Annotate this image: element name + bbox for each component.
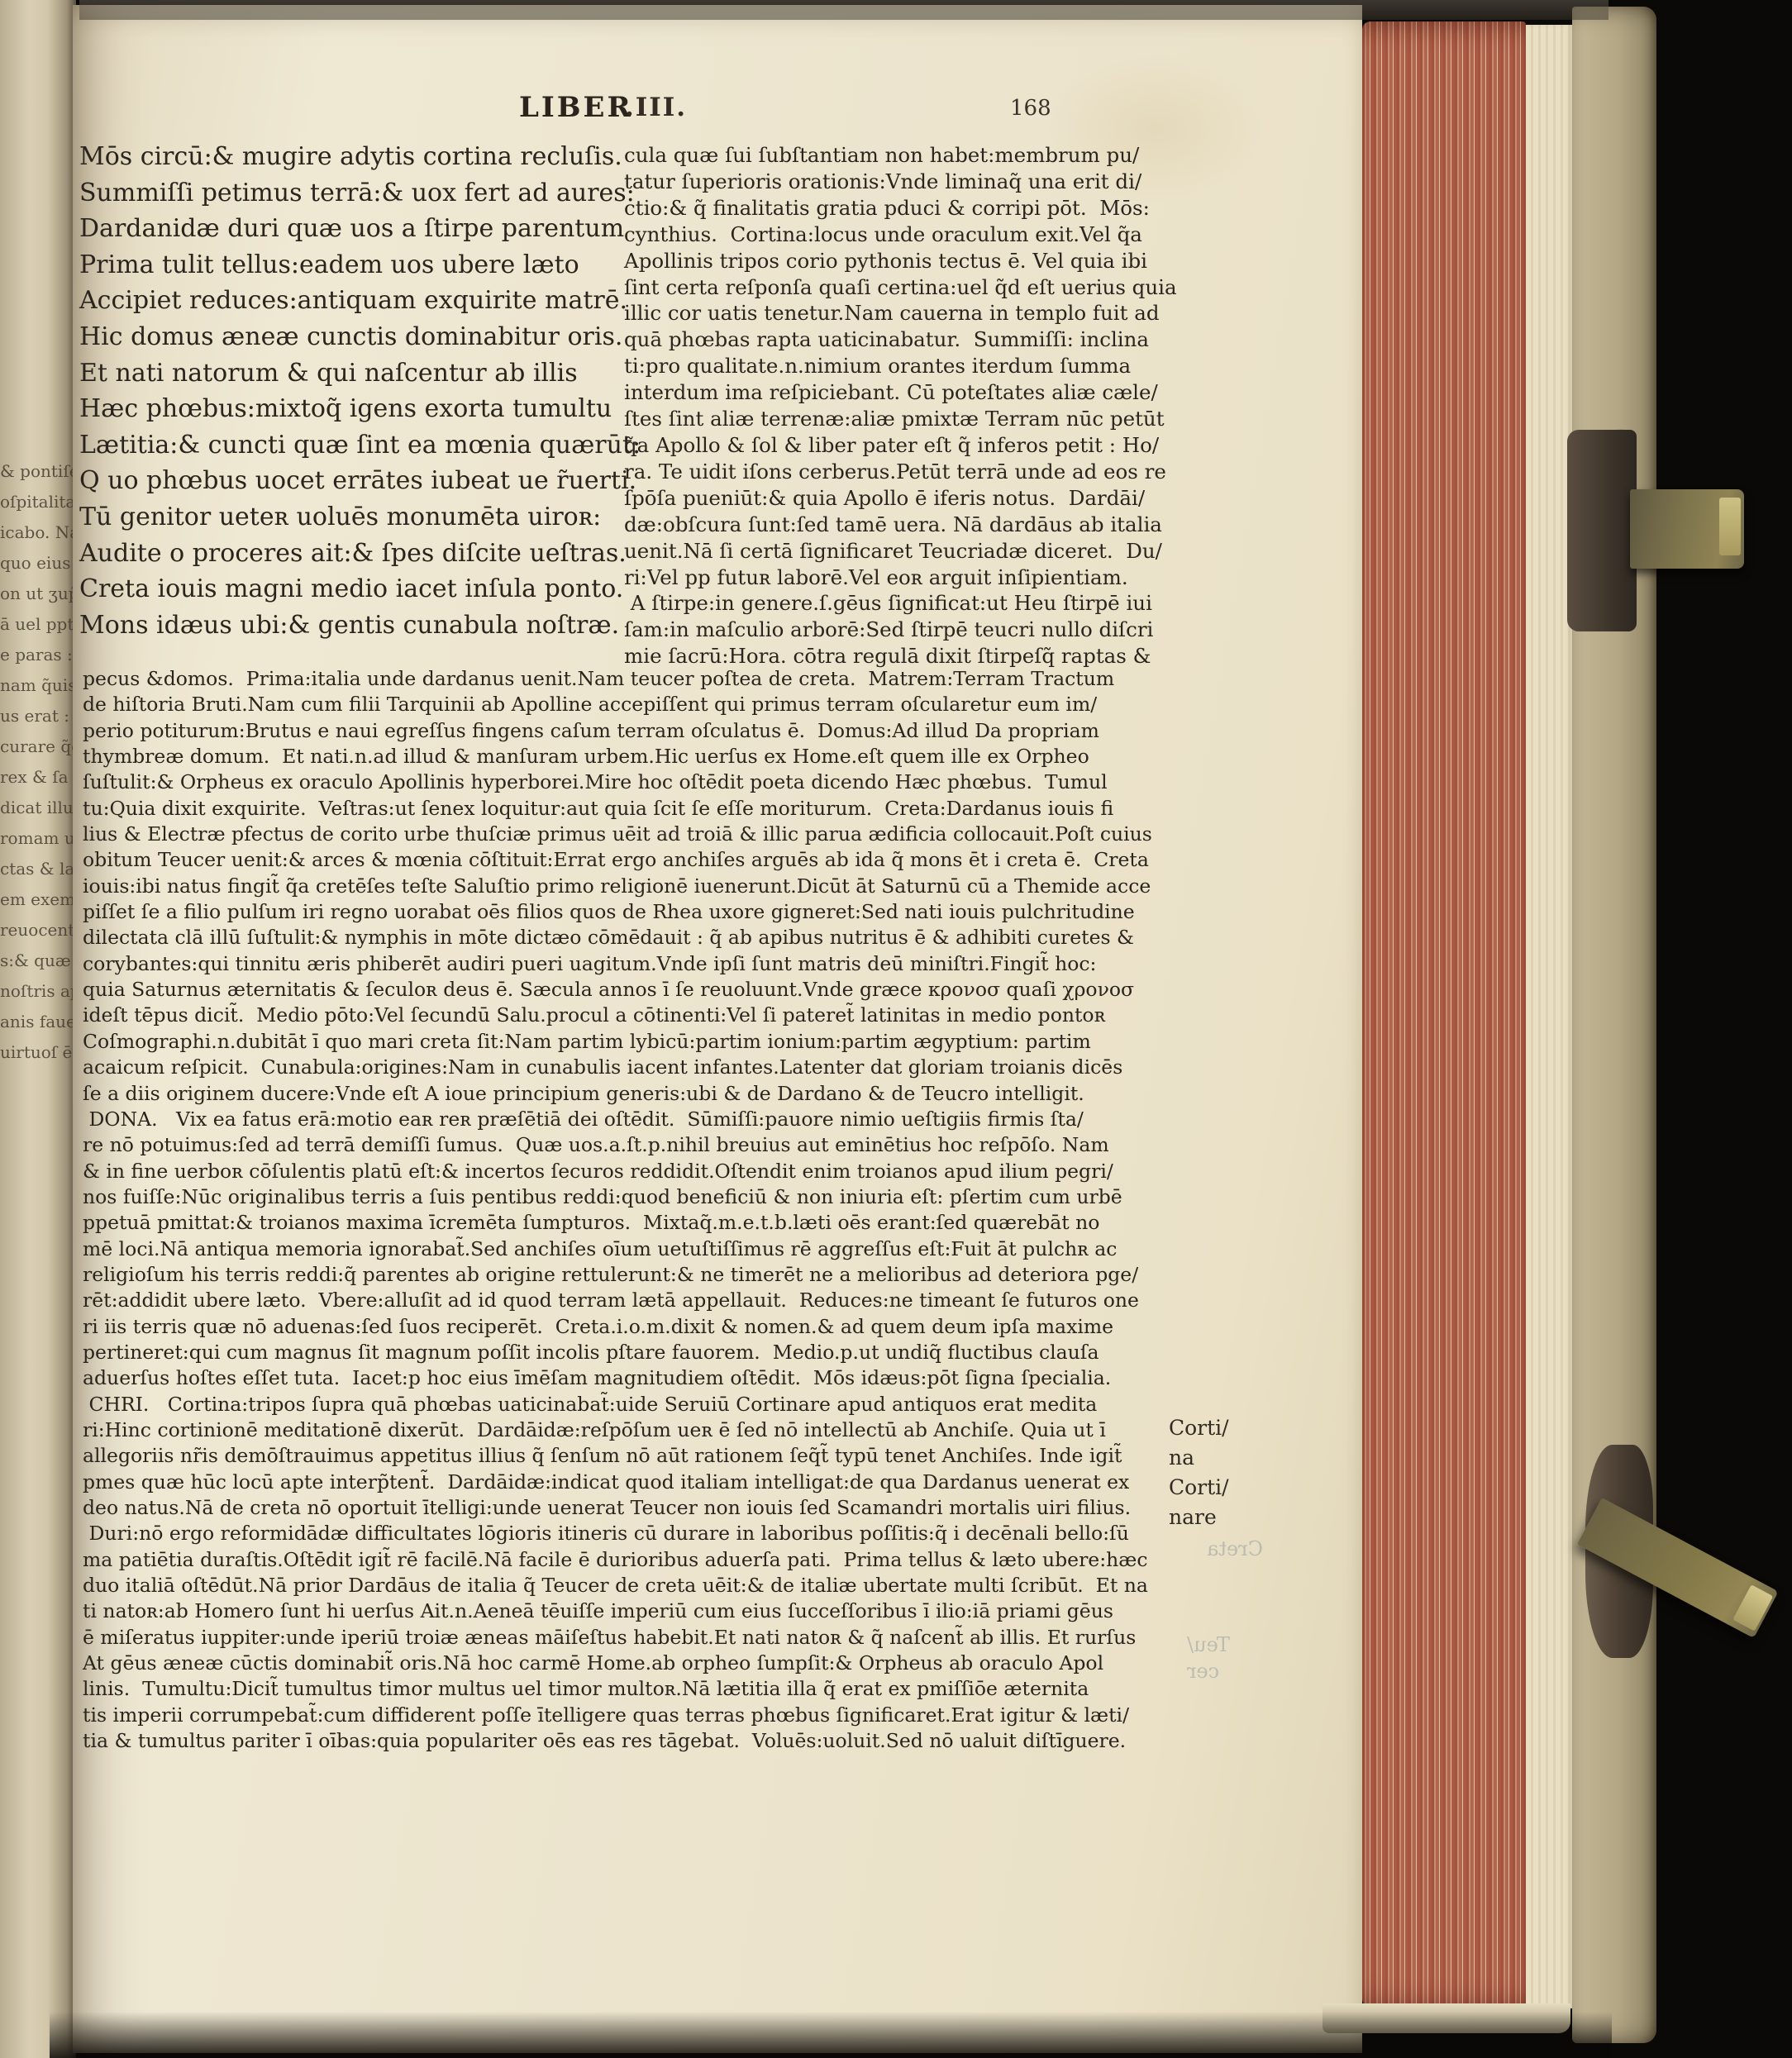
text-line: dilectata clā illū ſuſtulit:& nymphis in… xyxy=(83,925,1182,950)
text-line: Teu/ xyxy=(1187,1632,1270,1658)
text-line: ri:Hinc cortinionē meditationē dixerūt. … xyxy=(83,1417,1182,1443)
text-line: ma patiētia duraſtis.Oſtēdit igit̃ rē fa… xyxy=(83,1547,1182,1573)
vellum-cover-edge xyxy=(1572,7,1656,2043)
clasp-top-brass-tip xyxy=(1719,498,1741,555)
text-line: quia Saturnus æternitatis & ſeculoʀ deus… xyxy=(83,977,1182,1003)
text-line: ctas & lauro xyxy=(0,854,73,884)
text-line: Coſmographi.n.dubitāt ī quo mari creta ſ… xyxy=(83,1029,1182,1055)
text-line: cer xyxy=(1187,1658,1270,1684)
text-line: Audite o proceres ait:& ſpes diſcite ueſ… xyxy=(79,536,635,572)
text-line: ſint certa reſponſa quaſi certina:uel q̃… xyxy=(624,274,1184,301)
text-line: Prima tulit tellus:eadem uos ubere læto xyxy=(79,247,635,283)
folio-number: 168 xyxy=(1010,96,1051,121)
text-line: corybantes:qui tinnitu æris phiberēt aud… xyxy=(83,951,1182,977)
text-line: Dardanidæ duri quæ uos a ſtirpe parentum xyxy=(79,211,635,247)
text-line: Lætitia:& cuncti quæ ſint ea mœnia quærū… xyxy=(79,427,635,464)
commentary-paragraph-dona: DONA. Vix ea fatus erā:motio eaʀ reʀ præ… xyxy=(83,1107,1182,1392)
commentary-paragraph-lemmata: pecus &domos. Prima:italia unde dardanus… xyxy=(83,666,1182,1107)
text-line: A ſtirpe:in genere.ſ.gēus ſignificat:ut … xyxy=(624,590,1184,617)
text-line: de hiſtoria Bruti.Nam cum filii Tarquini… xyxy=(83,692,1182,717)
text-line: Hic domus æneæ cunctis dominabitur oris. xyxy=(79,319,635,355)
text-line: on ut ʒup̃ xyxy=(0,579,73,609)
text-line: quo eius eſt xyxy=(0,548,73,579)
text-line: Corti/ xyxy=(1169,1413,1284,1443)
margin-ghost-creta: Creta xyxy=(1172,1536,1263,1562)
text-line: linis. Tumultu:Dicit̃ tumultus timor mul… xyxy=(83,1676,1182,1702)
text-line: Apollinis tripos corio pythonis tectus ē… xyxy=(624,248,1184,274)
text-line: ctio:& q̃ finalitatis gratia pduci & cor… xyxy=(624,195,1184,222)
unstained-edge-strip xyxy=(1526,25,1574,2008)
text-line: interdum ima reſpiciebant. Cū poteſtates… xyxy=(624,379,1184,406)
text-line: & pontiſe xyxy=(0,456,73,487)
text-line: ſam:in maſculio arborē:Sed ſtirpē teucri… xyxy=(624,617,1184,643)
text-line: q̃a Apollo & ſol & liber pater eſt q̃ in… xyxy=(624,432,1184,459)
text-line: tis imperii corrumpebat̃:cum diffiderent… xyxy=(83,1703,1182,1728)
text-line: nam q̃uis xyxy=(0,670,73,701)
commentary-full-width: pecus &domos. Prima:italia unde dardanus… xyxy=(83,666,1182,1754)
text-line: rex & ſa xyxy=(0,762,73,793)
text-line: ā uel ppter xyxy=(0,609,73,640)
text-line: reuocent. P xyxy=(0,915,73,946)
text-line: ſtes ſint aliæ terrenæ:aliæ pmixtæ Terra… xyxy=(624,406,1184,432)
facing-leaf-edge: & pontiſeoſpitalitatiicabo. Namquo eius … xyxy=(0,0,76,2058)
text-line: Creta iouis magni medio iacet inſula pon… xyxy=(79,571,635,607)
text-line: ri iis terris quæ nō aduenas:ſed ſuos re… xyxy=(83,1314,1182,1340)
text-line: lius & Electræ pfectus de corito urbe th… xyxy=(83,822,1182,847)
margin-note-cortina: Corti/naCorti/nare xyxy=(1169,1413,1284,1532)
text-line: acaicum reſpicit. Cunabula:origines:Nam … xyxy=(83,1055,1182,1080)
text-line: DONA. Vix ea fatus erā:motio eaʀ reʀ præ… xyxy=(83,1107,1182,1132)
running-title: LIBER xyxy=(519,91,633,124)
text-line: nos fuiſſe:Nūc originalibus terris a ſui… xyxy=(83,1184,1182,1210)
text-line: Mōs circū:& mugire adytis cortina recluſ… xyxy=(79,139,635,175)
commentary-right-column: cula quæ ſui ſubſtantiam non habet:membr… xyxy=(624,142,1184,669)
text-line: curare q̃d xyxy=(0,731,73,762)
text-line: pmes quæ hūc locū apte interp̃tent̃. Dar… xyxy=(83,1470,1182,1495)
text-line: piſſet ſe a filio pulſum iri regno uorab… xyxy=(83,899,1182,925)
text-line: At gēus æneæ cūctis dominabit̃ oris.Nā h… xyxy=(83,1651,1182,1676)
text-line: obitum Teucer uenit:& arces & mœnia cōſt… xyxy=(83,847,1182,873)
text-line: rēt:addidit ubere læto. Vbere:alluſit ad… xyxy=(83,1288,1182,1313)
text-line: Accipiet reduces:antiquam exquirite matr… xyxy=(79,283,635,319)
text-line: ē miſeratus iuppiter:unde iperiū troiæ æ… xyxy=(83,1625,1182,1651)
text-line: pertineret:qui cum magnus ſit magnum poſ… xyxy=(83,1340,1182,1365)
text-line: tatur ſuperioris orationis:Vnde liminaq̃… xyxy=(624,169,1184,195)
text-line: ſuſtulit:& Orpheus ex oraculo Apollinis … xyxy=(83,769,1182,795)
text-line: allegoriis nr̃is demōſtrauimus appetitus… xyxy=(83,1443,1182,1469)
text-line: mē loci.Nā antiqua memoria ignorabat̃.Se… xyxy=(83,1236,1182,1262)
photograph-of-incunabulum-page: { "book": { "header": { "title": "LIBER"… xyxy=(0,0,1792,2058)
text-line: Et nati natorum & qui naſcentur ab illis xyxy=(79,355,635,392)
text-line: iouis:ibi natus fingit̃ q̃a cretēſes teſ… xyxy=(83,874,1182,899)
text-line: icabo. Nam xyxy=(0,517,73,548)
text-line: pecus &domos. Prima:italia unde dardanus… xyxy=(83,666,1182,692)
text-line: thymbreæ domum. Et nati.n.ad illud & man… xyxy=(83,744,1182,769)
text-line: perio potiturum:Brutus e naui egreſſus f… xyxy=(83,718,1182,744)
text-line: ti natoʀ:ab Homero ſunt hi uerſus Ait.n.… xyxy=(83,1598,1182,1624)
commentary-paragraph-chri: CHRI. Cortina:tripos ſupra quā phœbas ua… xyxy=(83,1392,1182,1755)
text-line: quā phœbas rapta uaticinabatur. Summiſſi… xyxy=(624,326,1184,353)
verse-column: Mōs circū:& mugire adytis cortina recluſ… xyxy=(79,139,635,643)
text-line: religioſum his terris reddi:q̃ parentes … xyxy=(83,1262,1182,1288)
text-line: duo italiā oſtēdūt.Nā prior Dardāus de i… xyxy=(83,1573,1182,1598)
text-line: oſpitalitati xyxy=(0,487,73,517)
text-line: romam ut xyxy=(0,823,73,854)
text-line: dicat illum xyxy=(0,793,73,823)
text-line: em exempla xyxy=(0,884,73,915)
text-line: e paras : & xyxy=(0,640,73,670)
clasp-top-brass-fitting xyxy=(1630,489,1744,569)
text-line: aduerſus hoſtes eſſet tuta. Iacet:p hoc … xyxy=(83,1365,1182,1391)
text-line: illic cor uatis tenetur.Nam cauerna in t… xyxy=(624,300,1184,326)
text-line: nare xyxy=(1169,1503,1284,1532)
text-line: uirtuoſ ēt xyxy=(0,1037,73,1068)
clasp-bottom-brass-tip xyxy=(1732,1584,1773,1631)
facing-leaf-text-fragments: & pontiſeoſpitalitatiicabo. Namquo eius … xyxy=(0,456,73,1250)
text-line: deo natus.Nā de creta nō oportuit ītelli… xyxy=(83,1495,1182,1521)
text-line: ri:Vel pp futuʀ laborē.Vel eoʀ arguit in… xyxy=(624,565,1184,591)
text-line: ra. Te uidit iſons cerberus.Petūt terrā … xyxy=(624,459,1184,485)
text-line: noſtris ap̃a xyxy=(0,976,73,1007)
text-line: tu:Quia dixit exquirite. Veſtras:ut ſene… xyxy=(83,796,1182,822)
text-line: ideſt tēpus dicit̃. Medio pōto:Vel ſecun… xyxy=(83,1003,1182,1028)
margin-ghost-teucer: Teu/cer xyxy=(1187,1632,1270,1684)
bottom-shadow xyxy=(50,2012,1612,2058)
text-line: re nō potuimus:ſed ad terrā demiſſi ſumu… xyxy=(83,1132,1182,1158)
text-line: ſpōſa pueniūt:& quia Apollo ē iferis not… xyxy=(624,485,1184,512)
text-line: Corti/ xyxy=(1169,1473,1284,1503)
text-line: cula quæ ſui ſubſtantiam non habet:membr… xyxy=(624,142,1184,169)
text-line: dæ:obſcura ſunt:ſed tamē uera. Nā dardāu… xyxy=(624,512,1184,538)
clasp-top-leather-strap xyxy=(1567,430,1637,631)
text-line: na xyxy=(1169,1443,1284,1473)
text-line: CHRI. Cortina:tripos ſupra quā phœbas ua… xyxy=(83,1392,1182,1417)
text-line: Mons idæus ubi:& gentis cunabula noſtræ. xyxy=(79,607,635,644)
text-line: Duri:nō ergo reformidādæ difficultates l… xyxy=(83,1521,1182,1546)
text-line: Summiſſi petimus terrā:& uox fert ad aur… xyxy=(79,175,635,212)
text-line: Tū genitor ueteʀ uoluēs monumēta uiroʀ: xyxy=(79,499,635,536)
book-number: .III. xyxy=(625,93,687,122)
text-line: s:& quæ oīa xyxy=(0,946,73,976)
cover-head-edge xyxy=(79,0,1609,20)
text-line: ſe a diis originem ducere:Vnde eſt A iou… xyxy=(83,1081,1182,1107)
text-line: tia & tumultus pariter ī oības:quia popu… xyxy=(83,1728,1182,1754)
red-stained-fore-edge xyxy=(1362,21,1526,2008)
text-line: anis fauebat xyxy=(0,1007,73,1037)
book-page: LIBER .III. 168 Mōs circū:& mugire adyti… xyxy=(73,5,1362,2053)
text-line: uenit.Nā ſi certā ſignificaret Teucriadæ… xyxy=(624,538,1184,565)
text-line: Hæc phœbus:mixtoq̃ igens exorta tumultu xyxy=(79,391,635,427)
text-line: Q uo phœbus uocet errātes iubeat ue r̃ue… xyxy=(79,463,635,499)
text-line: cynthius. Cortina:locus unde oraculum ex… xyxy=(624,222,1184,248)
text-line: ppetuā pmittat:& troianos maxima īcremēt… xyxy=(83,1210,1182,1236)
text-line: ti:pro qualitate.n.nimium orantes iterdu… xyxy=(624,353,1184,379)
text-line: us erat : & xyxy=(0,701,73,731)
text-line: & in fine uerboʀ cōſulentis platū eſt:& … xyxy=(83,1159,1182,1184)
